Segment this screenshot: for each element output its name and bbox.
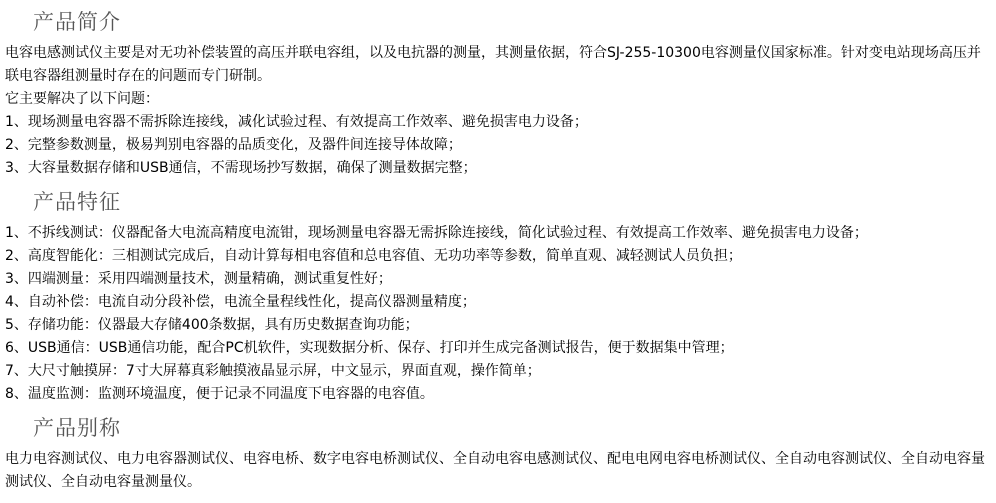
section-heading-product-aliases: 产品别称 (5, 406, 992, 448)
feature-item-4: 4、自动补偿：电流自动分段补偿，电流全量程线性化，提高仪器测量精度； (5, 291, 992, 314)
feature-item-6: 6、USB通信：USB通信功能，配合PC机软件，实现数据分析、保存、打印并生成完… (5, 337, 992, 360)
section-product-features: 产品特征 1、不拆线测试：仪器配备大电流高精度电流钳，现场测量电容器无需拆除连接… (5, 180, 992, 406)
section-product-intro: 产品简介 电容电感测试仪主要是对无功补偿装置的高压并联电容组，以及电抗器的测量，… (5, 0, 992, 180)
intro-problems-lead-in: 它主要解决了以下问题： (5, 88, 992, 111)
intro-paragraph: 电容电感测试仪主要是对无功补偿装置的高压并联电容组，以及电抗器的测量，其测量依据… (5, 42, 992, 88)
feature-item-3: 3、四端测量：采用四端测量技术，测量精确，测试重复性好； (5, 268, 992, 291)
feature-item-2: 2、高度智能化：三相测试完成后，自动计算每相电容值和总电容值、无功功率等参数，简… (5, 245, 992, 268)
intro-problem-item-2: 2、完整参数测量，极易判别电容器的品质变化，及器件间连接导体故障； (5, 134, 992, 157)
product-description-page: 产品简介 电容电感测试仪主要是对无功补偿装置的高压并联电容组，以及电抗器的测量，… (0, 0, 996, 503)
section-heading-product-features: 产品特征 (5, 180, 992, 222)
section-product-aliases: 产品别称 电力电容测试仪、电力电容器测试仪、电容电桥、数字电容电桥测试仪、全自动… (5, 406, 992, 494)
section-heading-product-intro: 产品简介 (5, 0, 992, 42)
feature-item-7: 7、大尺寸触摸屏：7寸大屏幕真彩触摸液晶显示屏，中文显示，界面直观，操作简单； (5, 360, 992, 383)
feature-item-5: 5、存储功能：仪器最大存储400条数据，具有历史数据查询功能； (5, 314, 992, 337)
intro-problem-item-3: 3、大容量数据存储和USB通信，不需现场抄写数据，确保了测量数据完整； (5, 157, 992, 180)
intro-problem-item-1: 1、现场测量电容器不需拆除连接线，减化试验过程、有效提高工作效率、避免损害电力设… (5, 111, 992, 134)
feature-item-8: 8、温度监测：监测环境温度，便于记录不同温度下电容器的电容值。 (5, 383, 992, 406)
aliases-paragraph: 电力电容测试仪、电力电容器测试仪、电容电桥、数字电容电桥测试仪、全自动电容电感测… (5, 448, 992, 494)
feature-item-1: 1、不拆线测试：仪器配备大电流高精度电流钳，现场测量电容器无需拆除连接线，简化试… (5, 222, 992, 245)
